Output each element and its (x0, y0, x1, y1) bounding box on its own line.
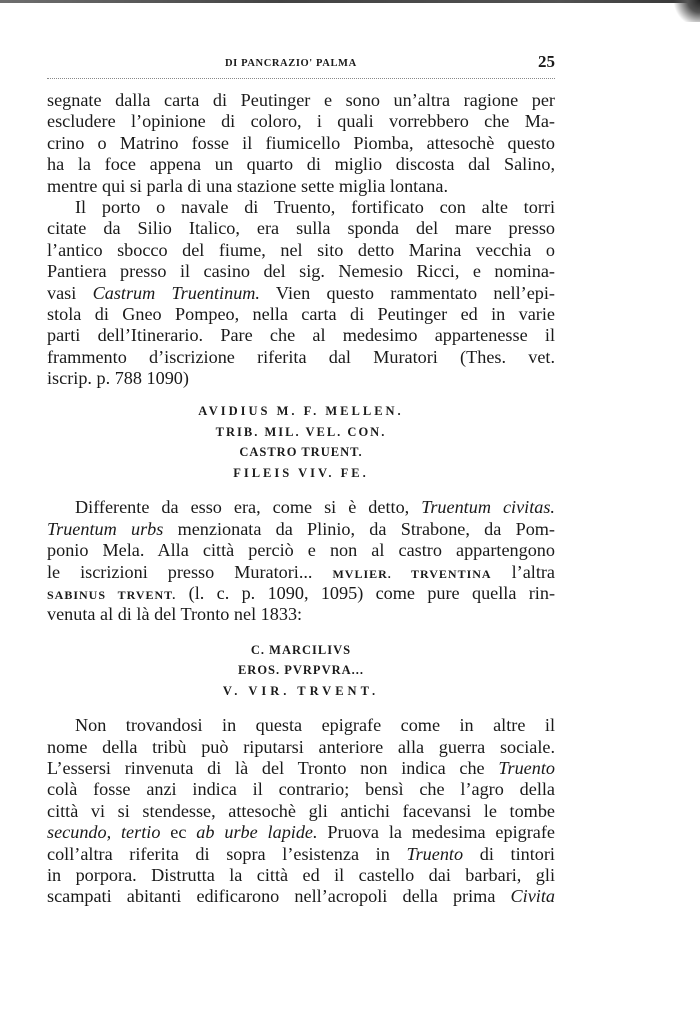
text-line: Pantiera presso il casino del sig. Nemes… (47, 261, 555, 282)
text-line: citate da Silio Italico, era sulla spond… (47, 218, 555, 239)
text-run: coll’altra riferita di sopra l’esistenza… (47, 844, 406, 864)
text-line: SABINUS TRVENT. (l. c. p. 1090, 1095) co… (47, 583, 555, 604)
italic-term: Truentum civitas. (421, 497, 555, 517)
text-line: ha la foce appena un quarto di miglio di… (47, 154, 555, 175)
header-rule (47, 78, 555, 79)
text-line: frammento d’iscrizione riferita dal Mura… (47, 347, 555, 368)
text-line: nome della tribù può riputarsi anteriore… (47, 737, 555, 758)
page-number: 25 (538, 52, 555, 72)
text-line: vasi Castrum Truentinum. Vien questo ram… (47, 283, 555, 304)
text-run: le iscrizioni presso Muratori... (47, 562, 332, 582)
paragraph-3: Differente da esso era, come si è detto,… (47, 497, 555, 625)
text-line: Differente da esso era, come si è detto,… (47, 497, 555, 518)
inscription-line: V. VIR. TRVENT. (47, 681, 555, 702)
italic-term: Civita (511, 886, 555, 906)
body-text: segnate dalla carta di Peutinger e sono … (47, 90, 555, 908)
text-run: L’essersi rinvenuta di là del Tronto non… (47, 758, 498, 778)
inscription-avidius: AVIDIUS M. F. MELLEN. TRIB. MIL. VEL. CO… (47, 401, 555, 483)
inscription-line: CASTRO TRUENT. (47, 442, 555, 463)
text-run: (l. c. p. 1090, 1095) come pure quella r… (176, 583, 555, 603)
text-line: crino o Matrino fosse il fiumicello Piom… (47, 133, 555, 154)
text-line: colà fosse anzi indica il contrario; ben… (47, 779, 555, 800)
text-run: scampati abitanti edificarono nell’acrop… (47, 886, 511, 906)
text-line: l’antico sbocco del fiume, nel sito dett… (47, 240, 555, 261)
text-run: Vien questo rammentato nell’epi- (260, 283, 555, 303)
italic-term: Truento (498, 758, 555, 778)
small-caps-inscription: MVLIER. TRVENTINA (332, 567, 491, 581)
text-line: venuta al di là del Tronto nel 1833: (47, 604, 555, 625)
text-run: l’altra (492, 562, 555, 582)
text-line: scampati abitanti edificarono nell’acrop… (47, 886, 555, 907)
italic-term: secundo, tertio (47, 822, 160, 842)
inscription-line: FILEIS VIV. FE. (47, 463, 555, 484)
text-line: secundo, tertio ec ab urbe lapide. Pruov… (47, 822, 555, 843)
small-caps-inscription: SABINUS TRVENT. (47, 588, 176, 602)
italic-term: Truentum urbs (47, 519, 163, 539)
inscription-line: TRIB. MIL. VEL. CON. (47, 422, 555, 443)
text-line: L’essersi rinvenuta di là del Tronto non… (47, 758, 555, 779)
text-run: vasi (47, 283, 93, 303)
paragraph-1: segnate dalla carta di Peutinger e sono … (47, 90, 555, 197)
italic-term: Castrum Truentinum. (93, 283, 260, 303)
text-run: ec (160, 822, 196, 842)
text-line: Il porto o navale di Truento, fortificat… (47, 197, 555, 218)
running-head: DI PANCRAZIO' PALMA 25 (47, 52, 555, 76)
text-line: parti dell’Itinerario. Pare che al medes… (47, 325, 555, 346)
inscription-line: C. MARCILIVS (47, 640, 555, 661)
text-line: iscrip. p. 788 1090) (47, 368, 555, 389)
inscription-marcilius: C. MARCILIVS EROS. PVRPVRA... V. VIR. TR… (47, 640, 555, 702)
scan-edge-artifact (0, 0, 700, 3)
text-line: stola di Gneo Pompeo, nella carta di Peu… (47, 304, 555, 325)
text-run: Pruova la medesima epigrafe (318, 822, 555, 842)
running-title: DI PANCRAZIO' PALMA (225, 58, 357, 69)
scan-corner-artifact (672, 0, 700, 22)
italic-term: Truento (406, 844, 463, 864)
paragraph-2: Il porto o navale di Truento, fortificat… (47, 197, 555, 390)
text-line: segnate dalla carta di Peutinger e sono … (47, 90, 555, 111)
text-run: menzionata da Plinio, da Strabone, da Po… (163, 519, 555, 539)
text-run: di tintori (463, 844, 555, 864)
text-line: in porpora. Distrutta la città ed il cas… (47, 865, 555, 886)
inscription-line: AVIDIUS M. F. MELLEN. (47, 401, 555, 422)
text-line: città vi si stendesse, attesochè gli ant… (47, 801, 555, 822)
text-line: Non trovandosi in questa epigrafe come i… (47, 715, 555, 736)
paragraph-4: Non trovandosi in questa epigrafe come i… (47, 715, 555, 908)
text-line: mentre qui si parla di una stazione sett… (47, 176, 555, 197)
text-line: escludere l’opinione di coloro, i quali … (47, 111, 555, 132)
inscription-line: EROS. PVRPVRA... (47, 660, 555, 681)
text-line: coll’altra riferita di sopra l’esistenza… (47, 844, 555, 865)
text-line: Truentum urbs menzionata da Plinio, da S… (47, 519, 555, 540)
text-line: le iscrizioni presso Muratori... MVLIER.… (47, 562, 555, 583)
text-run: Differente da esso era, come si è detto, (75, 497, 421, 517)
italic-term: ab urbe lapide. (196, 822, 317, 842)
text-line: ponio Mela. Alla città perciò e non al c… (47, 540, 555, 561)
